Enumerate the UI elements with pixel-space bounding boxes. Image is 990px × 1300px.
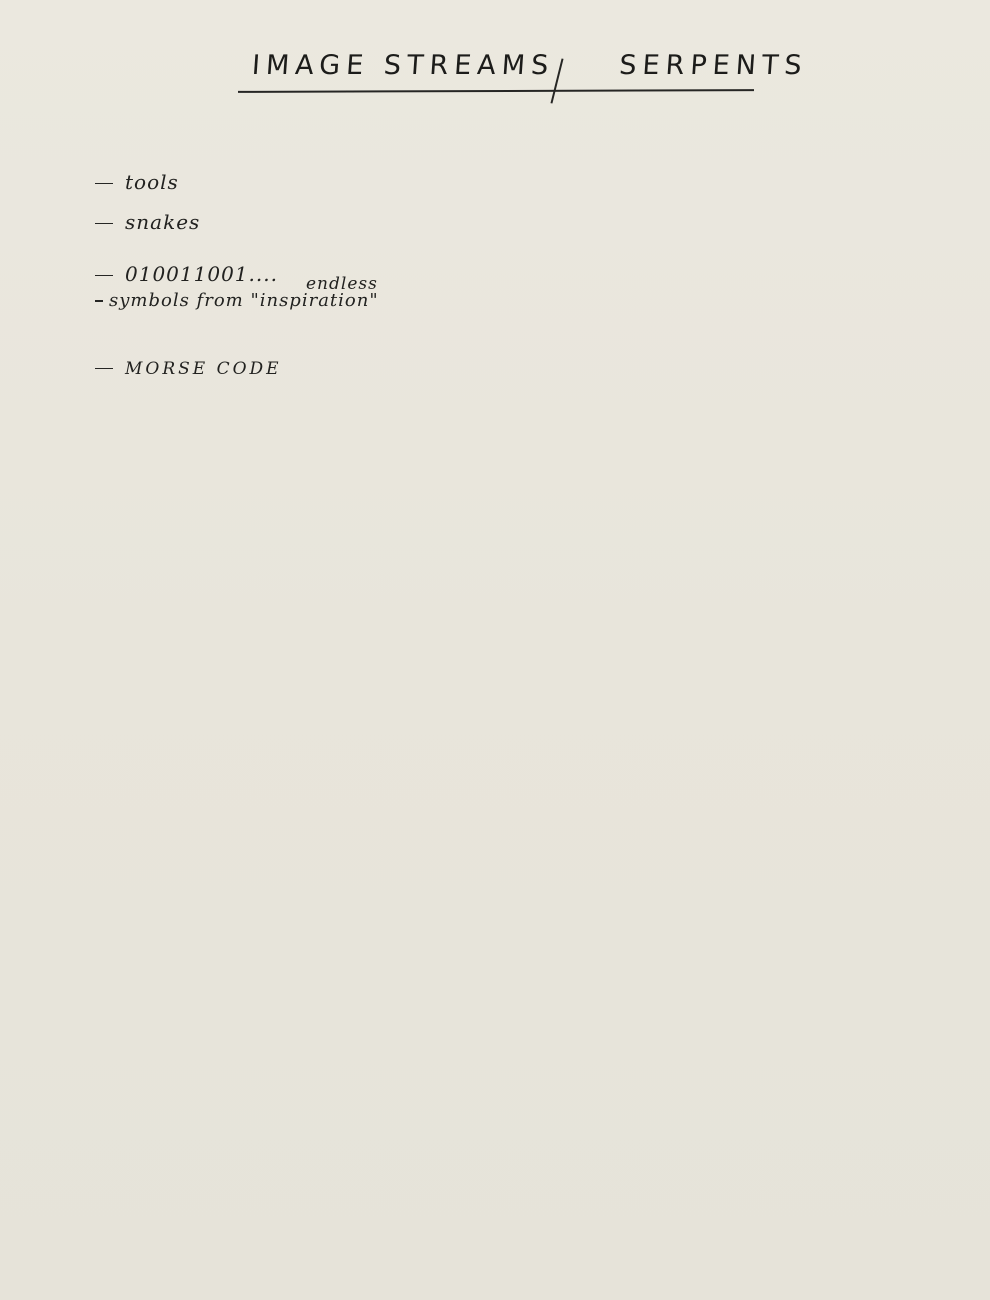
dash-bullet: [95, 368, 113, 370]
title-part-2: SERPENTS: [618, 50, 808, 81]
title-underline: [238, 89, 754, 93]
paper-sheet: IMAGE STREAMS SERPENTS tools snakes 0100…: [0, 0, 990, 1300]
dash-bullet: [95, 223, 113, 225]
list-item: tools: [95, 170, 179, 194]
dash-bullet: [95, 183, 113, 185]
list-item: MORSE CODE: [95, 355, 282, 379]
list-item: 010011001....: [95, 262, 278, 286]
page-title: IMAGE STREAMS SERPENTS: [251, 50, 809, 81]
dash-bullet: [95, 275, 113, 277]
dash-bullet: [95, 300, 103, 302]
title-part-1: IMAGE STREAMS: [251, 50, 555, 81]
list-item: snakes: [95, 210, 200, 234]
list-item: symbols from "inspiration": [95, 290, 379, 311]
